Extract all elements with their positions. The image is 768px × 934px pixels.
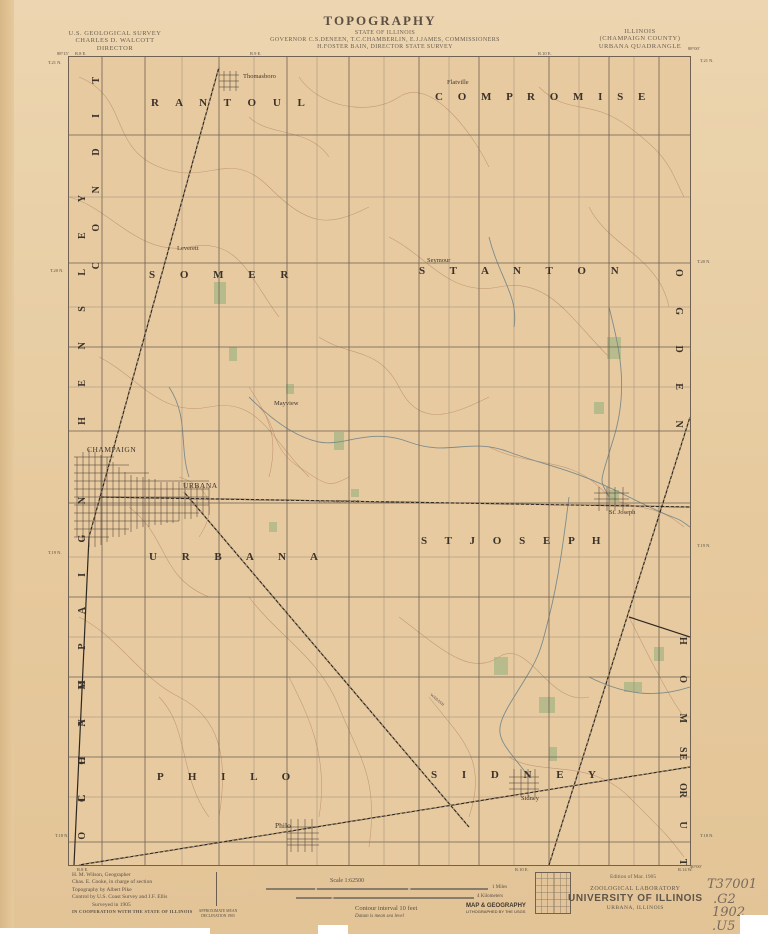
- paper-tear-bottom-center: [318, 925, 348, 934]
- engraver-detail: LITHOGRAPHED BY THE USGS: [466, 910, 526, 915]
- datum-note: Datum is mean sea level: [355, 914, 404, 919]
- credit-topographer: Topography by Albert Pike: [72, 887, 167, 894]
- township-label-urbana: U R B A N A: [149, 551, 318, 563]
- township-label-stanton: S T A N T O N: [419, 265, 619, 277]
- village-grids: [219, 71, 629, 852]
- state-label: ILLINOIS: [580, 28, 700, 35]
- county-label: (CHAMPAIGN COUNTY): [580, 35, 700, 42]
- sheet-edge-shadow: [0, 0, 14, 934]
- section-index-grid: [535, 872, 571, 914]
- town-philo[interactable]: Philo: [275, 821, 291, 830]
- city-urbana[interactable]: URBANA: [183, 481, 218, 490]
- cooperation-note: IN COOPERATION WITH THE STATE OF ILLINOI…: [72, 909, 193, 915]
- railroad-label-ccc-stl: C. C. C. AND ST. L. R.R.: [319, 499, 361, 504]
- township-tick-t19n-right: T.19 N.: [697, 543, 711, 548]
- map-title: TOPOGRAPHY: [300, 14, 460, 29]
- township-label-compromise: C O M P R O M I S E: [435, 91, 645, 103]
- woodland-areas: [214, 282, 664, 761]
- scale-ratio: Scale 1:62500: [330, 878, 364, 884]
- town-st-joseph[interactable]: St. Joseph: [609, 509, 635, 516]
- township-tick-t21n-right: T.21 N.: [700, 58, 714, 63]
- town-flatville[interactable]: Flatville: [447, 79, 469, 86]
- library-stamp: ZOOLOGICAL LABORATORY UNIVERSITY OF ILLI…: [568, 886, 703, 912]
- state-survey-director: H.FOSTER BAIN, DIRECTOR STATE SURVEY: [240, 44, 530, 51]
- stamp-city: URBANA, ILLINOIS: [568, 905, 703, 912]
- engraver-imprint: MAP & GEOGRAPHY LITHOGRAPHED BY THE USGS: [466, 903, 526, 915]
- stamp-university: UNIVERSITY OF ILLINOIS: [568, 893, 703, 905]
- edition-note: Edition of Mar. 1905: [610, 874, 656, 880]
- township-label-rantoul: R A N T O U L: [151, 97, 305, 109]
- scale-km-label: 4 Kilometers: [477, 894, 503, 899]
- credit-survey-date: Surveyed in 1905: [72, 902, 167, 909]
- contour-interval: Contour interval 10 feet: [355, 905, 417, 912]
- range-tick-r10e-bottom: R.10 E.: [515, 867, 529, 872]
- railroads: [74, 67, 690, 865]
- header-survey-block: U.S. GEOLOGICAL SURVEY CHARLES D. WALCOT…: [50, 30, 180, 52]
- contour-lines: [69, 77, 684, 857]
- section-roads: [69, 57, 690, 865]
- township-tick-t18n-right: T.18 N.: [700, 833, 714, 838]
- town-mayview[interactable]: Mayview: [274, 400, 299, 407]
- scale-miles-label: 1 Miles: [492, 885, 507, 890]
- township-label-st-joseph: S T J O S E P H: [421, 535, 601, 547]
- scale-bar-miles: [266, 888, 488, 890]
- township-tick-t20n-left: T.20 N.: [50, 268, 64, 273]
- header-state-block: STATE OF ILLINOIS GOVERNOR C.S.DENEEN, T…: [240, 30, 530, 51]
- township-label-condit: C O N D I T: [91, 63, 102, 269]
- declination-diagram: [216, 872, 217, 906]
- township-label-hensley: H E N S L E Y: [77, 181, 88, 425]
- township-tick-t20n-right: T.20 N.: [697, 259, 711, 264]
- state-name: STATE OF ILLINOIS: [240, 30, 530, 37]
- corner-coord-tr: 88°00': [688, 46, 700, 51]
- township-tick-t18n-left: T.18 N.: [55, 833, 69, 838]
- city-champaign[interactable]: CHAMPAIGN: [87, 445, 136, 454]
- paper-tear-bottom-right: [740, 915, 768, 934]
- railroad-ties: [79, 67, 690, 865]
- director-title: DIRECTOR: [50, 45, 180, 52]
- commissioners: GOVERNOR C.S.DENEEN, T.C.CHAMBERLIN, E.J…: [240, 37, 530, 44]
- paper-tear-bottom-left: [0, 928, 210, 934]
- map-linework: [69, 57, 690, 865]
- stream-contours: [179, 387, 349, 537]
- survey-credits: H. M. Wilson, Geographer Chas. E. Cooke,…: [72, 872, 167, 909]
- topographic-map[interactable]: R A N T O U L C O M P R O M I S E S O M …: [68, 56, 691, 866]
- town-leverett[interactable]: Leverett: [177, 245, 199, 252]
- credit-section-chief: Chas. E. Cooke, in charge of section: [72, 879, 167, 886]
- stamp-lab: ZOOLOGICAL LABORATORY: [568, 886, 703, 893]
- handwritten-call-number: T37001: [707, 878, 757, 891]
- director-name: CHARLES D. WALCOTT: [50, 37, 180, 44]
- township-label-south-homer: S O U T H: [677, 747, 688, 866]
- handwritten-line-4: .U5: [712, 920, 735, 933]
- corner-coord-br: 40°00': [690, 864, 702, 869]
- survey-name: U.S. GEOLOGICAL SURVEY: [50, 30, 180, 37]
- township-label-sidney: S I D N E Y: [431, 769, 596, 781]
- scale-bar-kilometers: [296, 897, 474, 899]
- township-label-philo: P H I L O: [157, 771, 290, 783]
- town-thomasboro[interactable]: Thomasboro: [243, 73, 276, 80]
- corner-coord-tl: 88°15': [57, 51, 69, 56]
- township-tick-t21n-left: T.21 N.: [48, 60, 62, 65]
- township-label-somer: S O M E R: [149, 269, 288, 281]
- declination-note: APPROXIMATE MEAN DECLINATION 1905: [198, 909, 238, 919]
- secondary-roads: [69, 57, 690, 865]
- township-label-tolono: T O L O N O: [77, 667, 88, 866]
- quadrangle-name: URBANA QUADRANGLE: [580, 43, 700, 50]
- township-tick-t19n-left: T.19 N.: [48, 550, 62, 555]
- township-label-ogden: O G D E N: [673, 269, 684, 442]
- credit-control: Control by U.S. Coast Survey and J.F. El…: [72, 894, 167, 901]
- town-seymour[interactable]: Seymour: [427, 257, 450, 264]
- header-quadrangle-block: ILLINOIS (CHAMPAIGN COUNTY) URBANA QUADR…: [580, 28, 700, 50]
- town-sidney[interactable]: Sidney: [521, 795, 539, 802]
